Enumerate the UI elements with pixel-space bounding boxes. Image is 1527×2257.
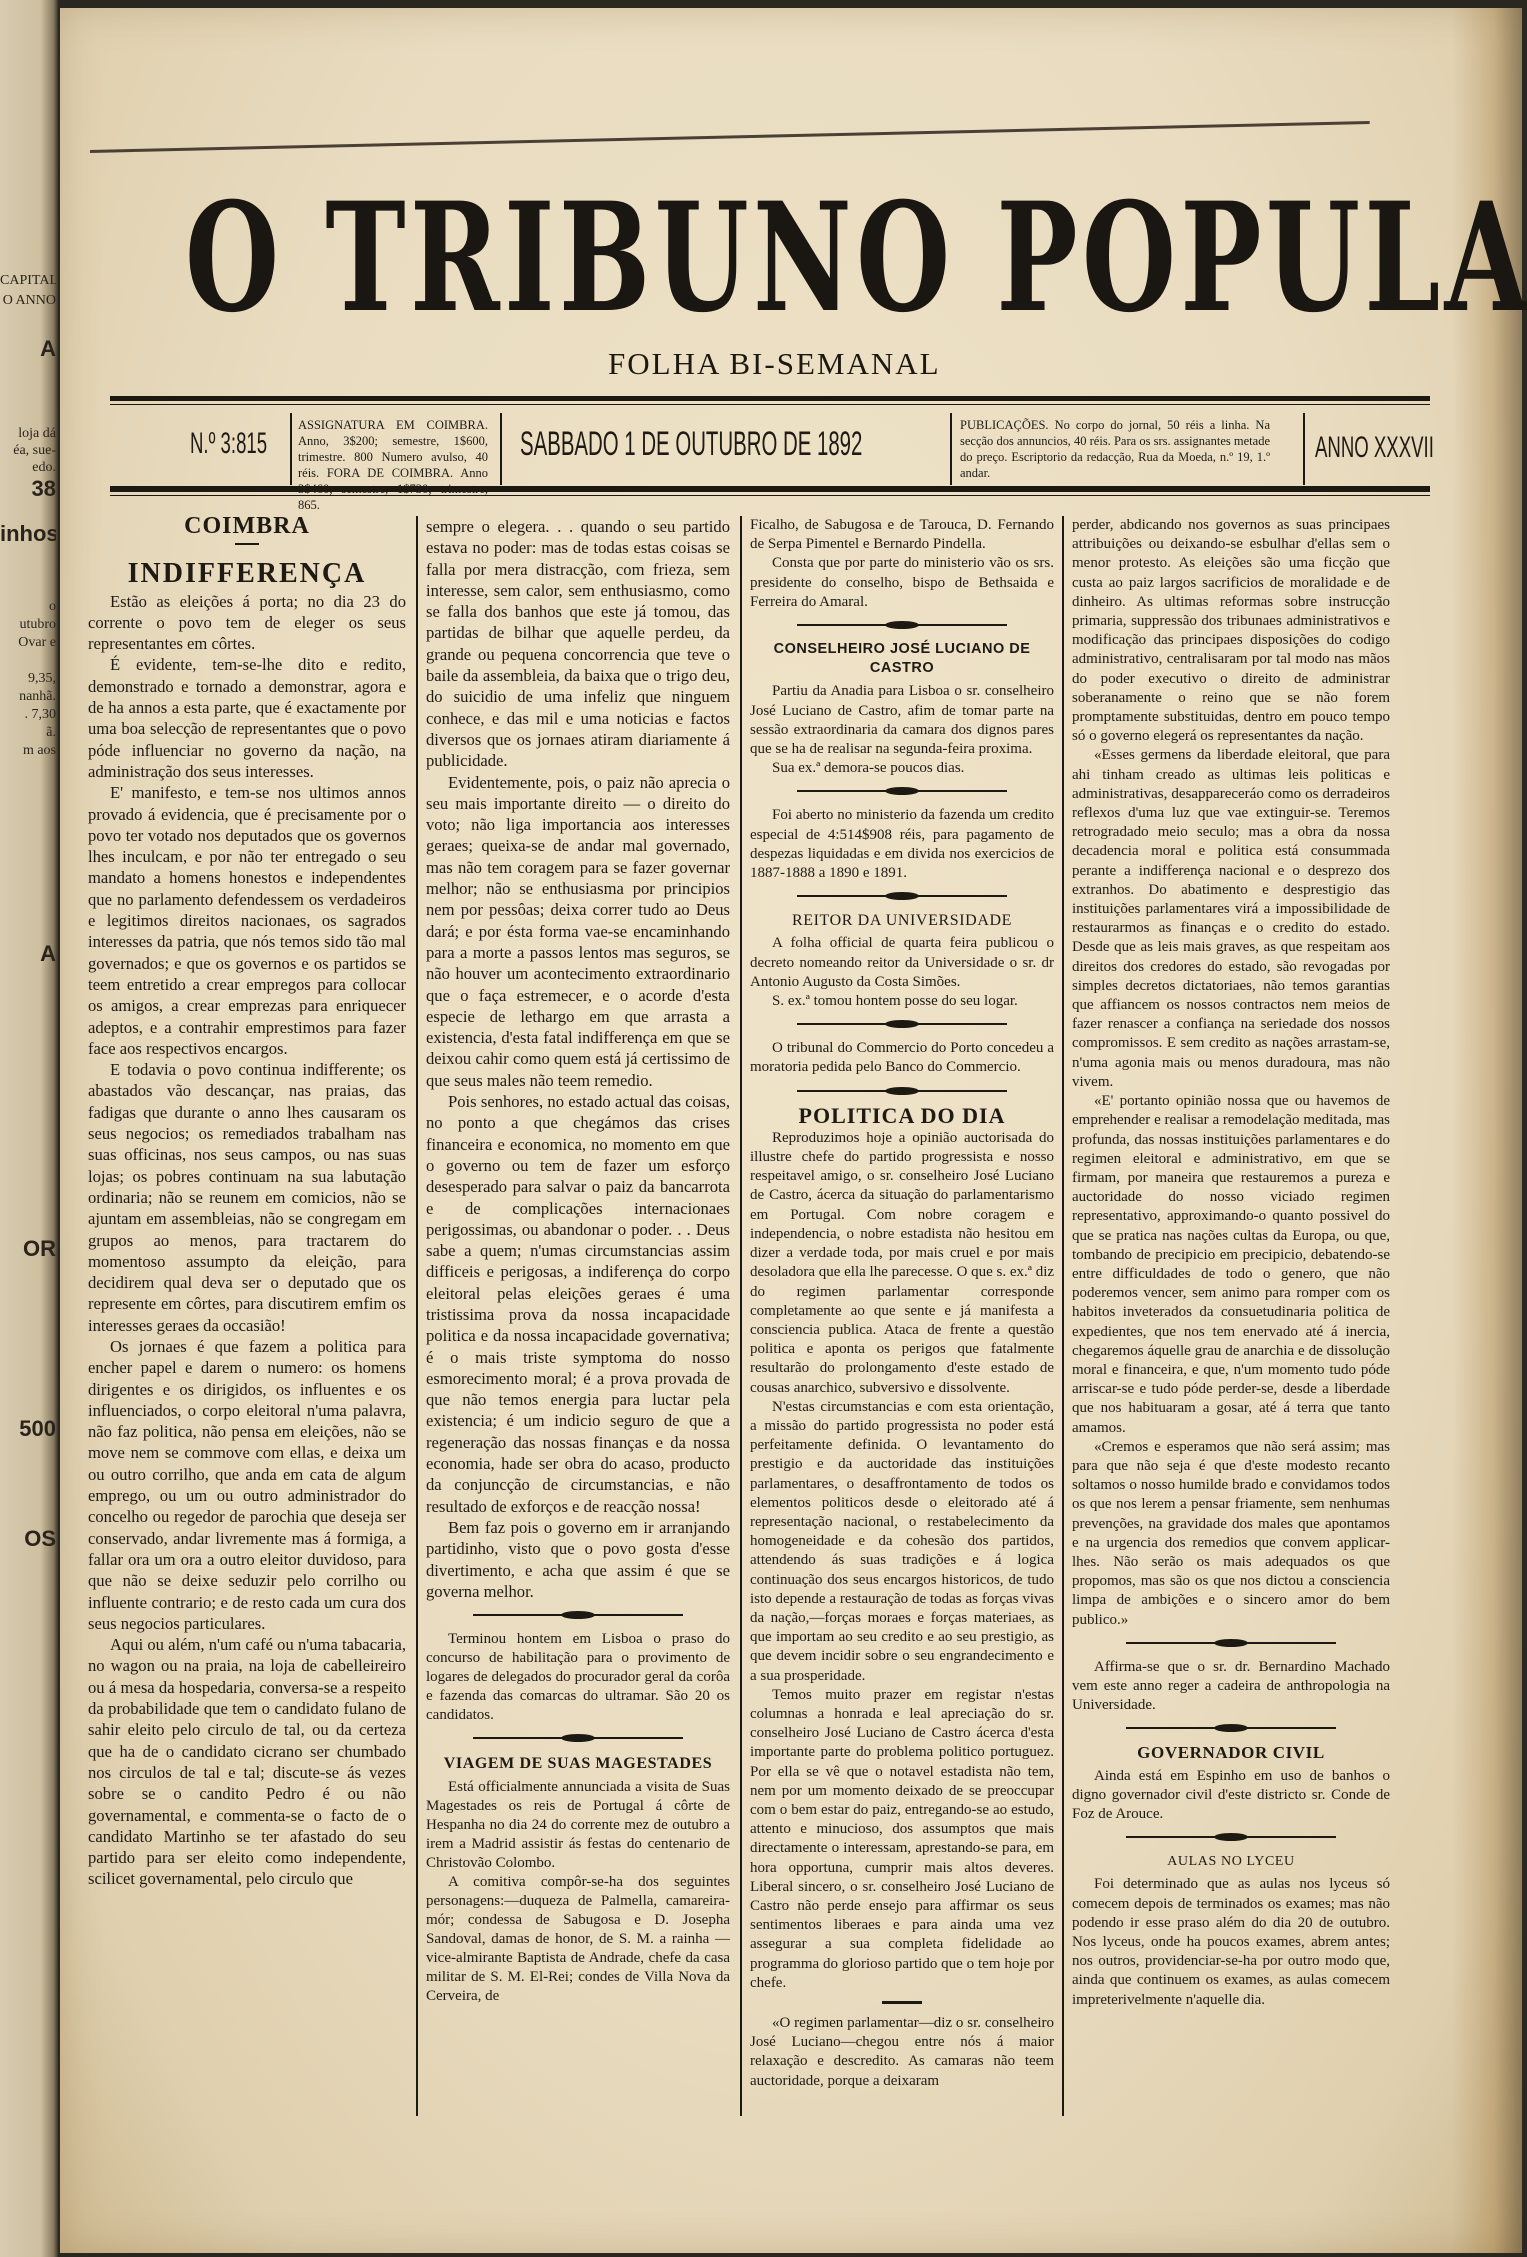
infobar-separator bbox=[950, 413, 952, 485]
brief-concurso: Terminou hontem em Lisboa o praso do con… bbox=[426, 1630, 730, 1725]
article-paragraph: Evidentemente, pois, o paiz não aprecia … bbox=[426, 772, 730, 1091]
previous-page-fragment: loja dá bbox=[0, 425, 56, 442]
ornamental-divider bbox=[473, 1608, 683, 1622]
article-paragraph: É evidente, tem-se-lhe dito e redito, de… bbox=[88, 654, 406, 782]
previous-page-fragment: éa, sue- bbox=[0, 442, 56, 459]
article-paragraph: Estão as eleições á porta; no dia 23 do … bbox=[88, 591, 406, 655]
issue-number: N.º 3:815 bbox=[190, 427, 267, 461]
article-paragraph: E' manifesto, e tem-se nos ultimos annos… bbox=[88, 782, 406, 1059]
section-title-viagem: VIAGEM DE SUAS MAGESTADES bbox=[426, 1753, 730, 1774]
column-4: perder, abdicando nos governos as suas p… bbox=[1072, 516, 1390, 2010]
publication-rates: PUBLICAÇÕES. No corpo do jornal, 50 réis… bbox=[960, 417, 1270, 481]
headline-indifferenca: INDIFFERENÇA bbox=[88, 563, 406, 584]
infobar-top-rule-thin bbox=[110, 404, 1430, 405]
masthead-title: O TRIBUNO POPULAR bbox=[185, 183, 1078, 333]
previous-page-fragment: 500 bbox=[0, 1420, 56, 1437]
previous-page-fragment: edo. bbox=[0, 459, 56, 476]
ornamental-divider bbox=[1126, 1721, 1336, 1735]
top-rule bbox=[90, 121, 1370, 153]
article-paragraph: Partiu da Anadia para Lisboa o sr. conse… bbox=[750, 682, 1054, 759]
short-rule bbox=[882, 2001, 922, 2004]
column-3: Ficalho, de Sabugosa e de Tarouca, D. Fe… bbox=[750, 516, 1054, 2091]
infobar-separator bbox=[1303, 413, 1305, 485]
article-paragraph: Ficalho, de Sabugosa e de Tarouca, D. Fe… bbox=[750, 516, 1054, 554]
article-paragraph: Consta que por parte do ministerio vão o… bbox=[750, 554, 1054, 612]
brief-credito: Foi aberto no ministerio da fazenda um c… bbox=[750, 806, 1054, 883]
column-separator bbox=[1062, 516, 1064, 2116]
article-paragraph: Reproduzimos hoje a opinião auctorisada … bbox=[750, 1129, 1054, 1398]
section-title-reitor: REITOR DA UNIVERSIDADE bbox=[750, 911, 1054, 930]
article-paragraph: Bem faz pois o governo em ir arranjando … bbox=[426, 1517, 730, 1602]
infobar-bottom-rule-thin bbox=[110, 495, 1430, 496]
previous-page-fragment: A bbox=[0, 340, 56, 357]
infobar-top-rule bbox=[110, 396, 1430, 401]
previous-page-fragment: o bbox=[0, 598, 56, 615]
article-paragraph: N'estas circumstancias e com esta orient… bbox=[750, 1398, 1054, 1686]
column-1: COIMBRA INDIFFERENÇA Estão as eleições á… bbox=[88, 516, 406, 1890]
previous-page-fragment: nanhã. bbox=[0, 688, 56, 705]
column-separator bbox=[416, 516, 418, 2116]
issue-date: SABBADO 1 DE OUTUBRO DE 1892 bbox=[520, 425, 862, 464]
section-title-politica: POLITICA DO DIA bbox=[750, 1106, 1054, 1125]
ornamental-divider bbox=[1126, 1636, 1336, 1650]
previous-page-fragment: m aos bbox=[0, 742, 56, 759]
brief-tribunal: O tribunal do Commercio do Porto concede… bbox=[750, 1039, 1054, 1077]
article-paragraph: Está officialmente annunciada a visita d… bbox=[426, 1778, 730, 1873]
infobar-separator bbox=[500, 413, 502, 485]
previous-page-fragment: OS bbox=[0, 1530, 56, 1547]
previous-page-fragment: OR bbox=[0, 1240, 56, 1257]
article-paragraph: «E' portanto opinião nossa que ou havemo… bbox=[1072, 1092, 1390, 1438]
previous-page-fragment: utubro bbox=[0, 616, 56, 633]
article-paragraph: «Cremos e esperamos que não será assim; … bbox=[1072, 1438, 1390, 1630]
subscription-rates: ASSIGNATURA EM COIMBRA. Anno, 3$200; sem… bbox=[298, 417, 488, 513]
article-paragraph: Temos muito prazer em registar n'estas c… bbox=[750, 1686, 1054, 1993]
infobar-separator bbox=[290, 413, 292, 485]
article-paragraph: perder, abdicando nos governos as suas p… bbox=[1072, 516, 1390, 746]
title-dash bbox=[235, 543, 259, 545]
previous-page-fragment: Ovar e bbox=[0, 634, 56, 651]
article-paragraph: Ainda está em Espinho em uso de banhos o… bbox=[1072, 1767, 1390, 1825]
ornamental-divider bbox=[797, 784, 1007, 798]
volume-year: ANNO XXXVII bbox=[1315, 431, 1434, 465]
previous-page-fragment: inhos bbox=[0, 525, 56, 542]
article-paragraph: S. ex.ª tomou hontem posse do seu logar. bbox=[750, 992, 1054, 1011]
article-paragraph: Pois senhores, no estado actual das cois… bbox=[426, 1091, 730, 1517]
article-paragraph: Foi determinado que as aulas nos lyceus … bbox=[1072, 1875, 1390, 2009]
previous-page-fragment: CAPITAL bbox=[0, 272, 56, 289]
column-separator bbox=[740, 516, 742, 2116]
ornamental-divider bbox=[797, 1084, 1007, 1098]
article-paragraph: Aqui ou além, n'um café ou n'uma tabacar… bbox=[88, 1634, 406, 1890]
previous-page-fragment: ã. bbox=[0, 724, 56, 741]
section-title-coimbra: COIMBRA bbox=[88, 516, 406, 537]
infobar: N.º 3:815 ASSIGNATURA EM COIMBRA. Anno, … bbox=[170, 413, 1450, 495]
ornamental-divider bbox=[1126, 1830, 1336, 1844]
article-paragraph: E todavia o povo continua indifferente; … bbox=[88, 1059, 406, 1336]
article-paragraph: Sua ex.ª demora-se poucos dias. bbox=[750, 759, 1054, 778]
previous-page-fragment: . 7,30 bbox=[0, 706, 56, 723]
article-paragraph: «Esses germens da liberdade eleitoral, q… bbox=[1072, 746, 1390, 1092]
section-title-castro: CONSELHEIRO JOSÉ LUCIANO DE CASTRO bbox=[750, 640, 1054, 678]
ornamental-divider bbox=[797, 1017, 1007, 1031]
newspaper-page: O TRIBUNO POPULAR FOLHA BI-SEMANAL N.º 3… bbox=[60, 8, 1522, 2253]
ornamental-divider bbox=[797, 618, 1007, 632]
article-paragraph: «O regimen parlamentar—diz o sr. conselh… bbox=[750, 2014, 1054, 2091]
previous-page-fragment: A bbox=[0, 945, 56, 962]
column-2: sempre o elegera. . . quando o seu parti… bbox=[426, 516, 730, 2006]
brief-machado: Affirma-se que o sr. dr. Bernardino Mach… bbox=[1072, 1658, 1390, 1716]
ornamental-divider bbox=[473, 1731, 683, 1745]
article-paragraph: sempre o elegera. . . quando o seu parti… bbox=[426, 516, 730, 772]
previous-page-fragment: O ANNO bbox=[0, 292, 56, 309]
section-title-aulas: AULAS NO LYCEU bbox=[1072, 1852, 1390, 1871]
previous-page-fragment: 9,35, bbox=[0, 670, 56, 687]
ornamental-divider bbox=[797, 889, 1007, 903]
previous-page-fragment: 38 bbox=[0, 480, 56, 497]
infobar-bottom-rule bbox=[110, 486, 1430, 492]
masthead-subtitle: FOLHA BI-SEMANAL bbox=[608, 346, 941, 382]
previous-page-edge: CAPITALO ANNOAloja dáéa, sue-edo.38inhos… bbox=[0, 0, 58, 2257]
article-paragraph: Os jornaes é que fazem a politica para e… bbox=[88, 1336, 406, 1634]
article-paragraph: A folha official de quarta feira publico… bbox=[750, 934, 1054, 992]
section-title-governador: GOVERNADOR CIVIL bbox=[1072, 1743, 1390, 1762]
article-paragraph: A comitiva compôr-se-ha dos seguintes pe… bbox=[426, 1873, 730, 2006]
